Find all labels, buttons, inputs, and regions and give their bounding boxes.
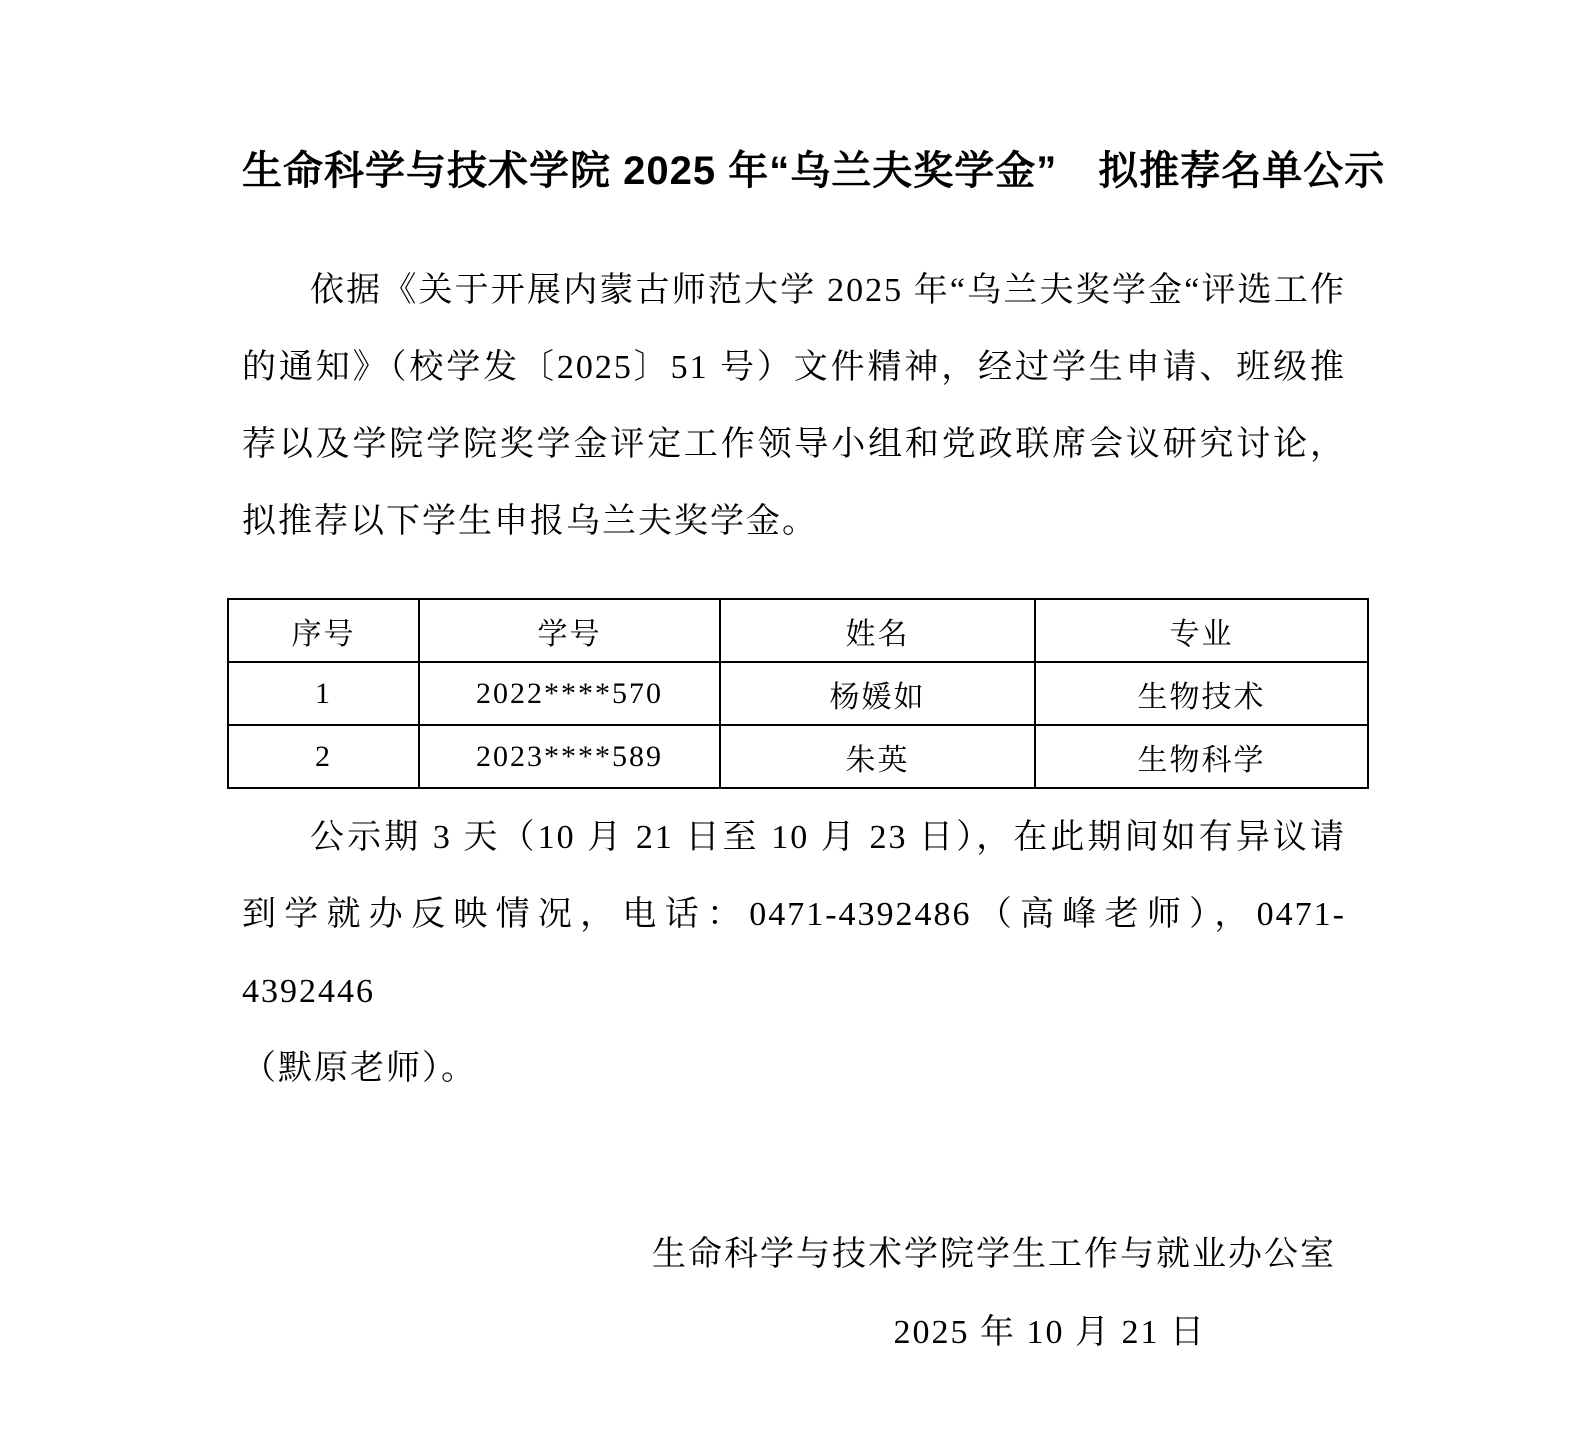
table-cell-major: 生物科学 xyxy=(1035,725,1368,788)
paragraph-line: 依据《关于开展内蒙古师范大学 2025 年“乌兰夫奖学金“评选工作 xyxy=(242,252,1346,329)
col-header-major: 专业 xyxy=(1035,599,1368,662)
table-row: 1 2022****570 杨媛如 生物技术 xyxy=(228,662,1368,725)
table-header-row: 序号 学号 姓名 专业 xyxy=(228,599,1368,662)
date-line: 2025 年 10 月 21 日 xyxy=(242,1308,1346,1358)
document-page: 生命科学与技术学院 2025 年“乌兰夫奖学金” 拟推荐名单公示 依据《关于开展… xyxy=(0,0,1586,1429)
col-header-index: 序号 xyxy=(228,599,419,662)
table-cell-index: 1 xyxy=(228,662,419,725)
paragraph-line: （默原老师）。 xyxy=(242,1030,1346,1107)
paragraph-line: 到学就办反映情况，电话：0471-4392486（高峰老师），0471-4392… xyxy=(242,876,1346,1030)
table-cell-student-id: 2022****570 xyxy=(419,662,720,725)
signature-office: 生命科学与技术学院学生工作与就业办公室 xyxy=(242,1230,1346,1280)
paragraph-line: 公示期 3 天（10 月 21 日至 10 月 23 日），在此期间如有异议请 xyxy=(242,799,1346,876)
page-title: 生命科学与技术学院 2025 年“乌兰夫奖学金” 拟推荐名单公示 xyxy=(242,145,1346,197)
paragraph-line: 荐以及学院学院奖学金评定工作领导小组和党政联席会议研究讨论， xyxy=(242,406,1346,483)
col-header-student-id: 学号 xyxy=(419,599,720,662)
notice-paragraph-2: 公示期 3 天（10 月 21 日至 10 月 23 日），在此期间如有异议请 … xyxy=(242,799,1346,1107)
recommendation-table: 序号 学号 姓名 专业 1 2022****570 杨媛如 生物技术 2 202… xyxy=(227,598,1369,789)
paragraph-line: 的通知》（校学发〔2025〕51 号）文件精神，经过学生申请、班级推 xyxy=(242,329,1346,406)
paragraph-line: 拟推荐以下学生申报乌兰夫奖学金。 xyxy=(242,483,1346,560)
table-cell-major: 生物技术 xyxy=(1035,662,1368,725)
table-cell-index: 2 xyxy=(228,725,419,788)
col-header-name: 姓名 xyxy=(720,599,1035,662)
notice-paragraph-1: 依据《关于开展内蒙古师范大学 2025 年“乌兰夫奖学金“评选工作 的通知》（校… xyxy=(242,252,1346,560)
table-cell-student-id: 2023****589 xyxy=(419,725,720,788)
table-cell-name: 朱英 xyxy=(720,725,1035,788)
table-cell-name: 杨媛如 xyxy=(720,662,1035,725)
table-row: 2 2023****589 朱英 生物科学 xyxy=(228,725,1368,788)
